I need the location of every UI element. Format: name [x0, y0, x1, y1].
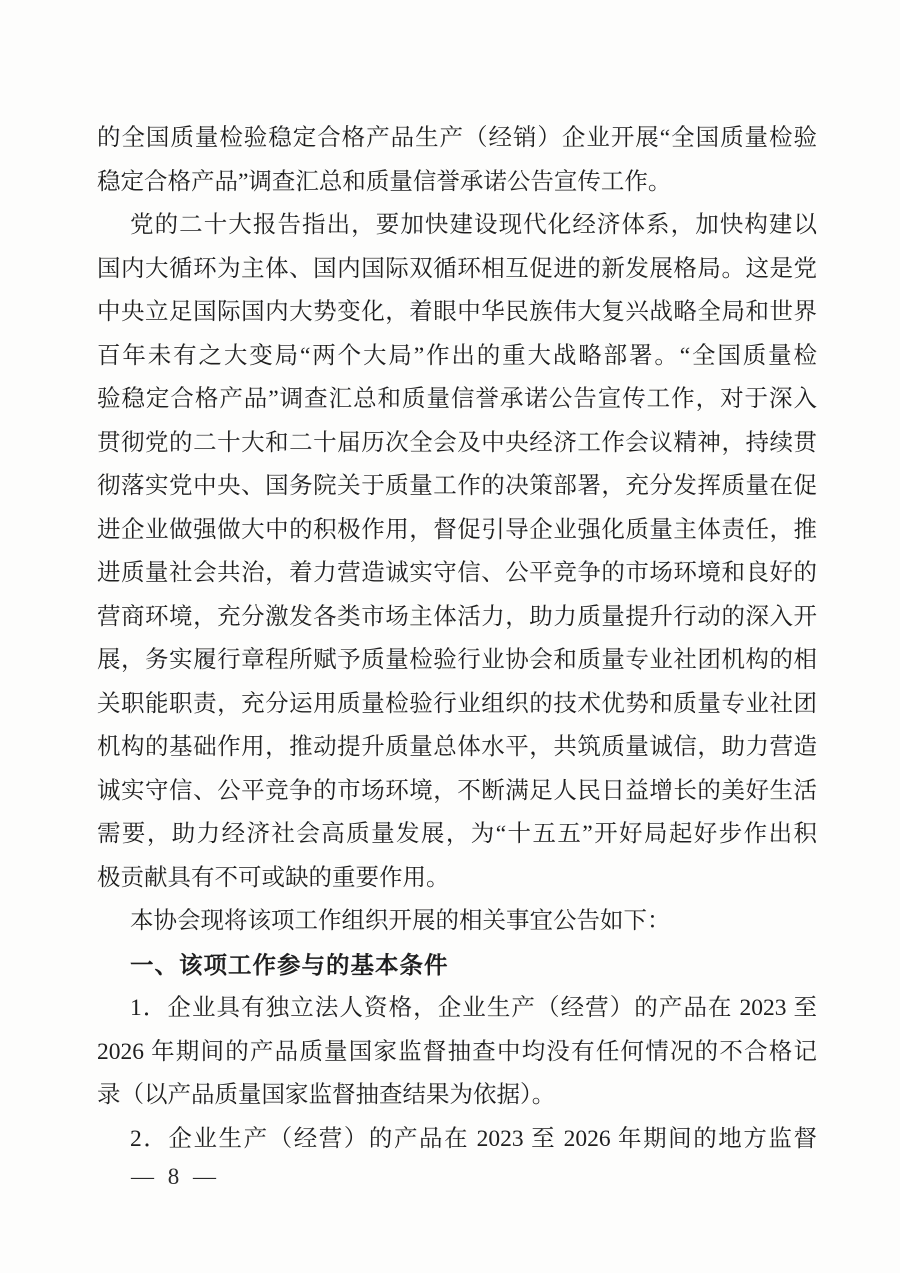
text-line: 极贡献具有不可或缺的重要作用。 — [97, 857, 817, 901]
page-number: — 8 — — [131, 1162, 220, 1192]
text-line: 本协会现将该项工作组织开展的相关事宜公告如下： — [97, 900, 817, 944]
text-line: 需要，助力经济社会高质量发展，为“十五五”开好局起好步作出积 — [97, 813, 817, 857]
text-line: 彻落实党中央、国务院关于质量工作的决策部署，充分发挥质量在促 — [97, 465, 817, 509]
text-line: 的全国质量检验稳定合格产品生产（经销）企业开展“全国质量检验 — [97, 117, 817, 161]
document-body: 的全国质量检验稳定合格产品生产（经销）企业开展“全国质量检验稳定合格产品”调查汇… — [97, 117, 817, 1161]
text-line: 国内大循环为主体、国内国际双循环相互促进的新发展格局。这是党 — [97, 248, 817, 292]
text-line: 诚实守信、公平竞争的市场环境，不断满足人民日益增长的美好生活 — [97, 770, 817, 814]
text-line: 进企业做强做大中的积极作用，督促引导企业强化质量主体责任，推 — [97, 509, 817, 553]
text-line: 中央立足国际国内大势变化，着眼中华民族伟大复兴战略全局和世界 — [97, 291, 817, 335]
text-line: 百年未有之大变局“两个大局”作出的重大战略部署。“全国质量检 — [97, 335, 817, 379]
text-line: 关职能职责，充分运用质量检验行业组织的技术优势和质量专业社团 — [97, 683, 817, 727]
document-page: 的全国质量检验稳定合格产品生产（经销）企业开展“全国质量检验稳定合格产品”调查汇… — [0, 0, 900, 1273]
text-line: 党的二十大报告指出，要加快建设现代化经济体系，加快构建以 — [97, 204, 817, 248]
text-line: 录（以产品质量国家监督抽查结果为依据）。 — [97, 1074, 817, 1118]
text-line: 机构的基础作用，推动提升质量总体水平，共筑质量诚信，助力营造 — [97, 726, 817, 770]
text-line: 1．企业具有独立法人资格，企业生产（经营）的产品在 2023 至 — [97, 987, 817, 1031]
text-line: 2026 年期间的产品质量国家监督抽查中均没有任何情况的不合格记 — [97, 1031, 817, 1075]
text-line: 2．企业生产（经营）的产品在 2023 至 2026 年期间的地方监督 — [97, 1118, 817, 1162]
text-line: 验稳定合格产品”调查汇总和质量信誉承诺公告宣传工作，对于深入 — [97, 378, 817, 422]
text-line: 展，务实履行章程所赋予质量检验行业协会和质量专业社团机构的相 — [97, 639, 817, 683]
text-line: 贯彻党的二十大和二十届历次全会及中央经济工作会议精神，持续贯 — [97, 422, 817, 466]
text-line: 营商环境，充分激发各类市场主体活力，助力质量提升行动的深入开 — [97, 596, 817, 640]
text-line: 进质量社会共治，着力营造诚实守信、公平竞争的市场环境和良好的 — [97, 552, 817, 596]
section-heading: 一、该项工作参与的基本条件 — [97, 944, 817, 988]
text-line: 稳定合格产品”调查汇总和质量信誉承诺公告宣传工作。 — [97, 161, 817, 205]
